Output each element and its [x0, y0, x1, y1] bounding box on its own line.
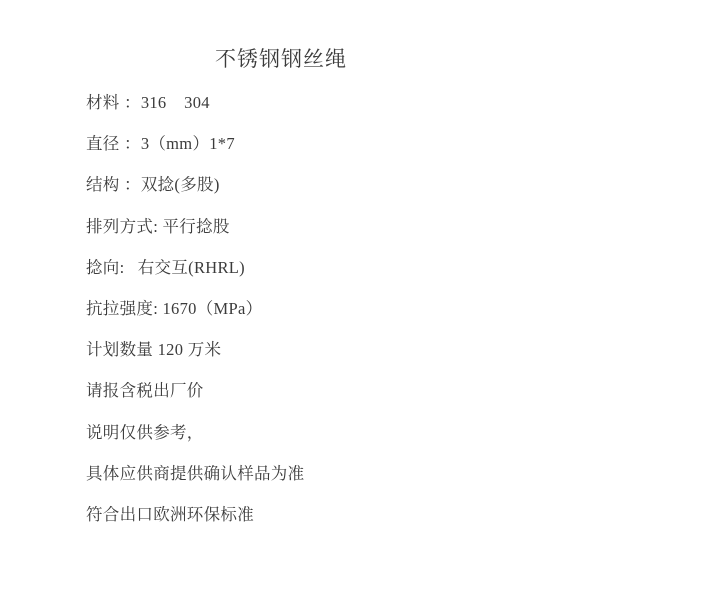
spec-line-structure: 结构 ：双捻(多股) — [86, 164, 646, 205]
document-page: 不锈钢钢丝绳 材料 ：316 304 直径 ：3（mm）1*7 结构 ：双捻(多… — [0, 0, 727, 599]
document-body: 材料 ：316 304 直径 ：3（mm）1*7 结构 ：双捻(多股) 排列方式… — [86, 82, 646, 535]
spec-line-material: 材料 ：316 304 — [86, 82, 646, 123]
note-line-price-request: 请报含税出厂价 — [86, 370, 646, 411]
spec-line-planned-quantity: 计划数量 120 万米 — [86, 329, 646, 370]
spec-line-tensile-strength: 抗拉强度: 1670（MPa） — [86, 288, 646, 329]
spec-line-arrangement: 排列方式: 平行捻股 — [86, 206, 646, 247]
note-line-sample-approval: 具体应供商提供确认样品为准 — [86, 453, 646, 494]
document-title: 不锈钢钢丝绳 — [86, 46, 476, 73]
note-line-eu-standard: 符合出口欧洲环保标准 — [86, 494, 646, 535]
note-line-reference-only: 说明仅供参考， — [86, 412, 646, 453]
spec-line-lay-direction: 捻向: 右交互(RHRL) — [86, 247, 646, 288]
spec-line-diameter: 直径 ：3（mm）1*7 — [86, 123, 646, 164]
